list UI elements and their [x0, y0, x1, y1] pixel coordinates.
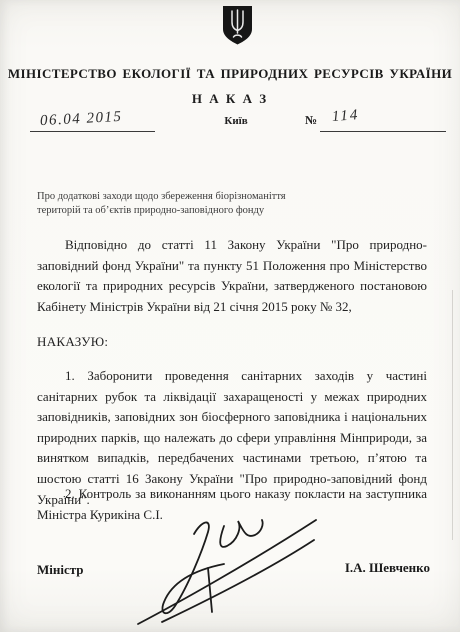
order-subject: Про додаткові заходи щодо збереження біо…	[37, 190, 337, 218]
handwritten-order-number: 114	[331, 107, 360, 126]
handwritten-signature-icon	[128, 512, 323, 630]
signatory-position: Міністр	[37, 562, 84, 578]
signatory-name: І.А. Шевченко	[345, 560, 430, 576]
order-word: НАКАЗУЮ:	[37, 334, 108, 350]
number-underline	[320, 131, 446, 132]
ministry-name: МІНІСТЕРСТВО ЕКОЛОГІЇ ТА ПРИРОДНИХ РЕСУР…	[0, 66, 460, 82]
number-label: №	[305, 113, 317, 128]
scan-edge-artifact	[452, 290, 453, 540]
intro-paragraph: Відповідно до статті 11 Закону України "…	[37, 235, 427, 317]
order-subject-line2: територій та об’єктів природно-заповідно…	[37, 204, 337, 218]
handwritten-date: 06.04 2015	[40, 107, 161, 130]
city-label: Київ	[210, 115, 262, 127]
order-subject-line1: Про додаткові заходи щодо збереження біо…	[37, 190, 337, 204]
document-type-title: Н А К А З	[0, 91, 460, 107]
scanned-order-document: МІНІСТЕРСТВО ЕКОЛОГІЇ ТА ПРИРОДНИХ РЕСУР…	[0, 0, 460, 632]
date-underline	[30, 131, 155, 132]
ukraine-trident-emblem-icon	[222, 5, 253, 46]
